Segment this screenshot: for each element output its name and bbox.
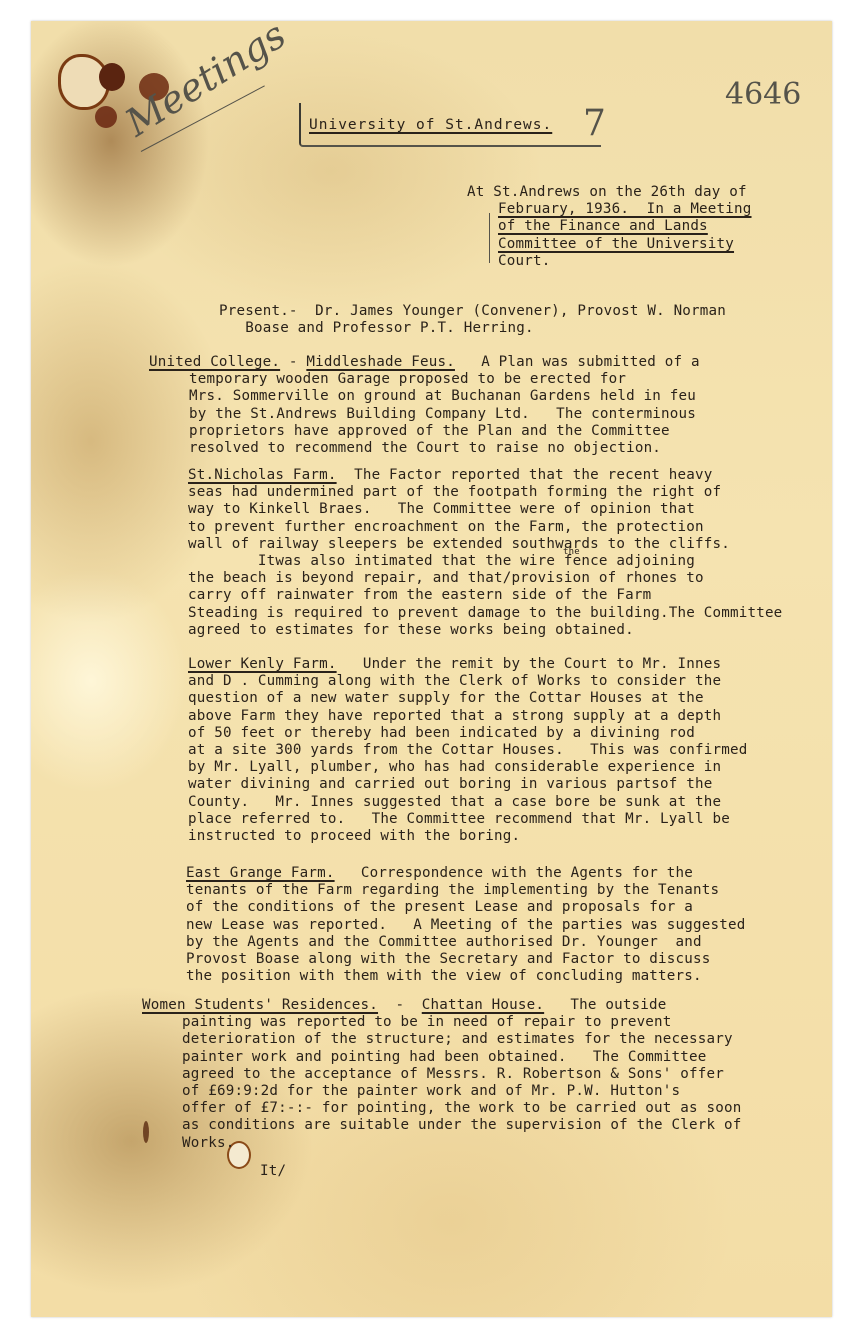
meeting-line: Committee of the University: [498, 236, 778, 253]
section-line: Itwas also intimated that the wire fence…: [188, 553, 782, 570]
section-line: offer of £7:-:- for pointing, the work t…: [182, 1100, 741, 1117]
burn-mark: [99, 63, 125, 91]
catchword: It/: [260, 1163, 286, 1180]
section-line: place referred to. The Committee recomme…: [188, 811, 747, 828]
section-line: resolved to recommend the Court to raise…: [189, 440, 740, 457]
pencil-bracket-mark: 7: [583, 103, 606, 144]
present-block: Present.- Dr. James Younger (Convener), …: [219, 303, 726, 337]
section-subheading: Chattan House.: [422, 997, 544, 1013]
document-page: Meetings 4646 University of St.Andrews. …: [31, 21, 832, 1317]
meeting-line: At St.Andrews on the 26th day of: [467, 184, 747, 201]
section-line: by the Agents and the Committee authoris…: [186, 934, 745, 951]
present-line: Boase and Professor P.T. Herring.: [219, 320, 726, 337]
section-text: A Plan was submitted of a: [455, 354, 700, 370]
section-line: to prevent further encroachment on the F…: [188, 519, 782, 536]
section-line: as conditions are suitable under the sup…: [182, 1117, 741, 1134]
interlinear-insert: the: [563, 544, 580, 561]
section-line: deterioration of the structure; and esti…: [182, 1031, 741, 1048]
meeting-line: February, 1936. In a Meeting: [498, 201, 778, 218]
section-line: County. Mr. Innes suggested that a case …: [188, 794, 747, 811]
section-subheading: Middleshade Feus.: [306, 354, 455, 370]
section-line: way to Kinkell Braes. The Committee were…: [188, 501, 782, 518]
meeting-line: Court.: [498, 253, 778, 270]
section-heading: United College.: [149, 354, 280, 370]
section-heading: Women Students' Residences.: [142, 997, 378, 1013]
section-text: The Factor reported that the recent heav…: [337, 467, 713, 483]
institution-title: University of St.Andrews.: [309, 117, 552, 134]
section-united-college: United College. - Middleshade Feus. A Pl…: [149, 354, 700, 457]
section-heading: Lower Kenly Farm.: [188, 656, 337, 672]
section-text: Correspondence with the Agents for the: [335, 865, 693, 881]
section-line: tenants of the Farm regarding the implem…: [186, 882, 745, 899]
section-line: the position with them with the view of …: [186, 968, 745, 985]
section-heading: East Grange Farm.: [186, 865, 335, 881]
section-line: Works.: [182, 1135, 741, 1152]
section-line: Steading is required to prevent damage t…: [188, 605, 782, 622]
meeting-line: of the Finance and Lands: [498, 218, 778, 235]
section-line: painting was reported to be in need of r…: [182, 1014, 741, 1031]
section-line: and D . Cumming along with the Clerk of …: [188, 673, 747, 690]
section-line: agreed to estimates for these works bein…: [188, 622, 782, 639]
section-line: question of a new water supply for the C…: [188, 690, 747, 707]
section-text: The outside: [544, 997, 666, 1013]
section-line: Mrs. Sommerville on ground at Buchanan G…: [189, 388, 740, 405]
section-east-grange-farm: East Grange Farm. Correspondence with th…: [186, 865, 745, 985]
section-line: of 50 feet or thereby had been indicated…: [188, 725, 747, 742]
section-line: by the St.Andrews Building Company Ltd. …: [189, 406, 740, 423]
section-line: carry off rainwater from the eastern sid…: [188, 587, 782, 604]
section-line: proprietors have approved of the Plan an…: [189, 423, 740, 440]
section-text: Under the remit by the Court to Mr. Inne…: [337, 656, 722, 672]
present-line: Present.- Dr. James Younger (Convener), …: [219, 303, 726, 320]
section-line: by Mr. Lyall, plumber, who has had consi…: [188, 759, 747, 776]
section-line: the beach is beyond repair, and that/pro…: [188, 570, 782, 587]
section-st-nicholas-farm: St.Nicholas Farm. The Factor reported th…: [188, 467, 782, 639]
meeting-header: At St.Andrews on the 26th day of Februar…: [467, 184, 747, 270]
margin-rule: [489, 213, 490, 263]
section-line: instructed to proceed with the boring.: [188, 828, 747, 845]
section-line: of the conditions of the present Lease a…: [186, 899, 745, 916]
section-line: wall of railway sleepers be extended sou…: [188, 536, 782, 553]
section-line: painter work and pointing had been obtai…: [182, 1049, 741, 1066]
section-line: temporary wooden Garage proposed to be e…: [189, 371, 740, 388]
section-heading: St.Nicholas Farm.: [188, 467, 337, 483]
section-line: of £69:9:2d for the painter work and of …: [182, 1083, 741, 1100]
section-line: new Lease was reported. A Meeting of the…: [186, 917, 745, 934]
section-line: seas had undermined part of the footpath…: [188, 484, 782, 501]
section-women-students-residences: Women Students' Residences. - Chattan Ho…: [142, 997, 701, 1152]
section-line: Provost Boase along with the Secretary a…: [186, 951, 745, 968]
section-line: agreed to the acceptance of Messrs. R. R…: [182, 1066, 741, 1083]
section-lower-kenly-farm: Lower Kenly Farm. Under the remit by the…: [188, 656, 747, 845]
section-line: at a site 300 yards from the Cottar Hous…: [188, 742, 747, 759]
burn-mark: [95, 106, 117, 128]
section-line: above Farm they have reported that a str…: [188, 708, 747, 725]
page-number: 4646: [725, 77, 801, 112]
section-line: water divining and carried out boring in…: [188, 776, 747, 793]
